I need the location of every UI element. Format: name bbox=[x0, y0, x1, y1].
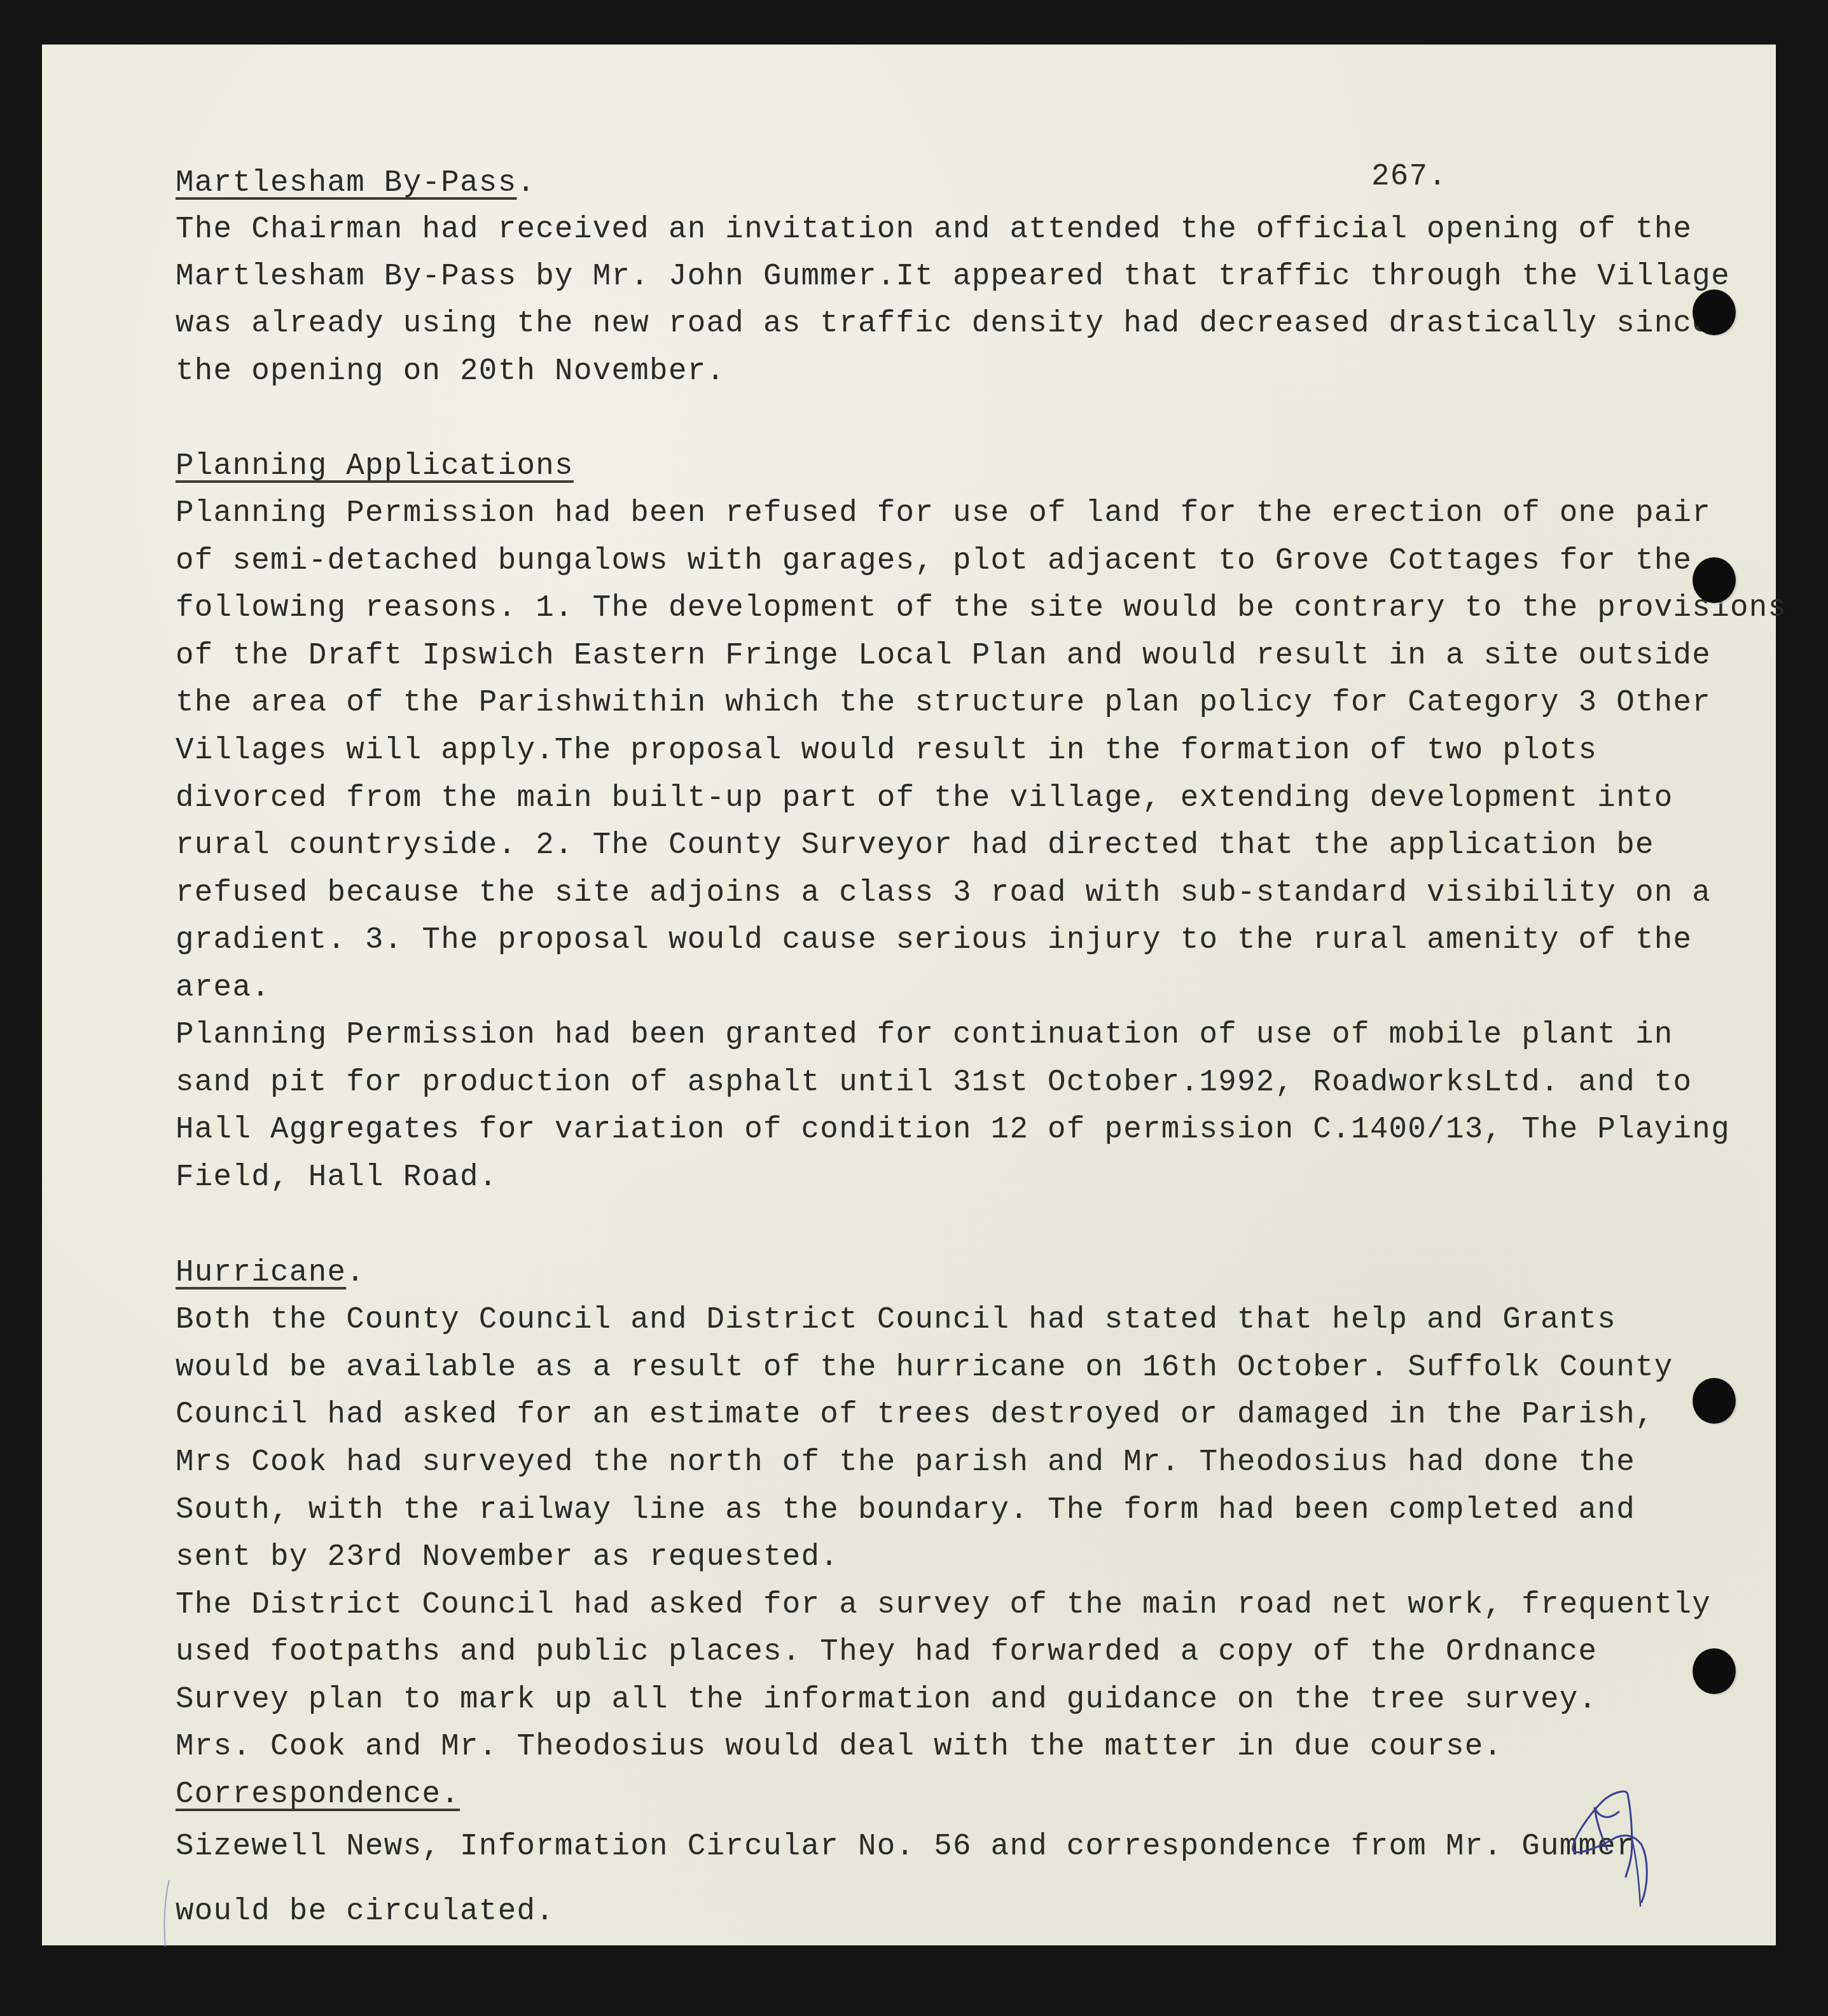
page-number: 267. bbox=[1371, 162, 1447, 193]
heading-text: Hurricane bbox=[176, 1256, 346, 1290]
paragraph-line: refused because the site adjoins a class… bbox=[176, 879, 1711, 909]
paragraph-line: the area of the Parishwithin which the s… bbox=[176, 688, 1711, 719]
punch-hole bbox=[1693, 1648, 1736, 1694]
paragraph-line: the opening on 20th November. bbox=[176, 357, 725, 387]
punch-hole bbox=[1693, 1378, 1736, 1424]
heading-suffix: . bbox=[346, 1256, 365, 1290]
paragraph-line: Villages will apply.The proposal would r… bbox=[176, 736, 1597, 767]
paragraph-line: of the Draft Ipswich Eastern Fringe Loca… bbox=[176, 641, 1711, 672]
paragraph-line: rural countryside. 2. The County Surveyo… bbox=[176, 831, 1654, 861]
section-heading-hurricane: Hurricane. bbox=[176, 1258, 365, 1289]
paragraph-line: Mrs Cook had surveyed the north of the p… bbox=[176, 1448, 1635, 1478]
paragraph-line: The Chairman had received an invitation … bbox=[176, 215, 1692, 246]
paragraph-line: sent by 23rd November as requested. bbox=[176, 1543, 839, 1573]
margin-pen-mark bbox=[156, 1877, 176, 1953]
paragraph-line: was already using the new road as traffi… bbox=[176, 309, 1711, 340]
section-heading-correspondence: Correspondence. bbox=[176, 1780, 460, 1811]
heading-text: Martlesham By-Pass bbox=[176, 166, 516, 200]
paragraph-line: sand pit for production of asphalt until… bbox=[176, 1068, 1692, 1099]
paragraph-line: used footpaths and public places. They h… bbox=[176, 1637, 1597, 1668]
paragraph-line: area. bbox=[176, 973, 270, 1004]
paragraph-line: The District Council had asked for a sur… bbox=[176, 1590, 1711, 1621]
paragraph-line: Planning Permission had been refused for… bbox=[176, 499, 1711, 529]
handwritten-initials-signature bbox=[1565, 1775, 1667, 1908]
punch-hole bbox=[1693, 289, 1736, 335]
section-heading-martlesham: Martlesham By-Pass. bbox=[176, 169, 536, 199]
heading-text: Correspondence. bbox=[176, 1777, 460, 1812]
paragraph-line: South, with the railway line as the boun… bbox=[176, 1496, 1635, 1526]
paragraph-line: gradient. 3. The proposal would cause se… bbox=[176, 926, 1692, 956]
document-page: 267. Martlesham By-Pass. The Chairman ha… bbox=[42, 45, 1776, 1945]
paragraph-line: Field, Hall Road. bbox=[176, 1163, 498, 1193]
paragraph-line: would be circulated. bbox=[176, 1897, 555, 1928]
paragraph-line: Mrs. Cook and Mr. Theodosius would deal … bbox=[176, 1732, 1502, 1763]
paragraph-line: Hall Aggregates for variation of conditi… bbox=[176, 1115, 1730, 1146]
heading-suffix: . bbox=[516, 166, 536, 200]
paragraph-line: following reasons. 1. The development of… bbox=[176, 594, 1787, 624]
paragraph-line: Martlesham By-Pass by Mr. John Gummer.It… bbox=[176, 262, 1730, 293]
paragraph-line: Both the County Council and District Cou… bbox=[176, 1305, 1616, 1336]
paragraph-line: Council had asked for an estimate of tre… bbox=[176, 1400, 1654, 1431]
paragraph-line: Planning Permission had been granted for… bbox=[176, 1020, 1673, 1051]
heading-text: Planning Applications bbox=[176, 449, 574, 483]
paragraph-line: Survey plan to mark up all the informati… bbox=[176, 1685, 1597, 1716]
paragraph-line: would be available as a result of the hu… bbox=[176, 1353, 1673, 1384]
section-heading-planning: Planning Applications bbox=[176, 452, 574, 482]
paragraph-line: Sizewell News, Information Circular No. … bbox=[176, 1832, 1635, 1863]
punch-hole bbox=[1693, 557, 1736, 603]
paragraph-line: divorced from the main built-up part of … bbox=[176, 784, 1673, 814]
paragraph-line: of semi-detached bungalows with garages,… bbox=[176, 546, 1692, 577]
